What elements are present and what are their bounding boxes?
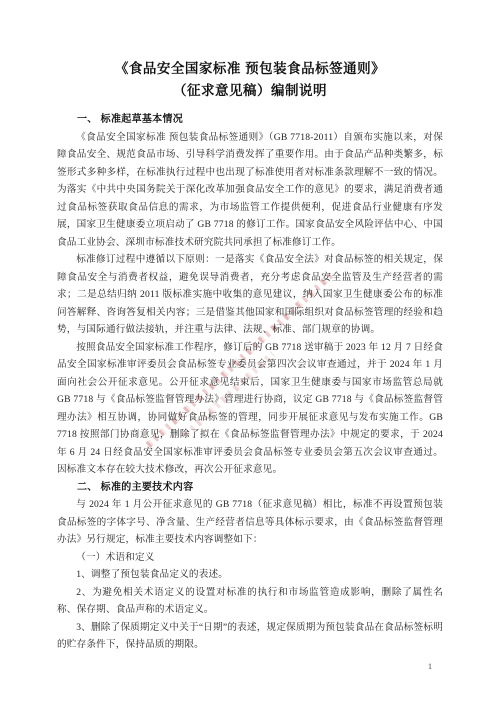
doc-title: 《食品安全国家标准 预包装食品标签通则》 （征求意见稿）编制说明 [57,58,443,102]
paragraph: 与 2024 年 1 月公开征求意见的 GB 7718（征求意见稿）相比，标准不… [57,496,443,549]
paragraph: 标准修订过程中遵循以下原则：一是落实《食品安全法》对食品标签的相关规定，保障食品… [57,251,443,339]
paragraph: 《食品安全国家标准 预包装食品标签通则》（GB 7718-2011）自颁布实施以… [57,129,443,252]
paragraph: 1、调整了预包装食品定义的表述。 [57,566,443,584]
paragraph: （一）术语和定义 [57,549,443,567]
paragraph: 按照食品安全国家标准工作程序，修订后的 GB 7718 送审稿于 2023 年 … [57,339,443,479]
document-content: 《食品安全国家标准 预包装食品标签通则》 （征求意见稿）编制说明 一、 标准起草… [57,58,443,654]
paragraph: 3、删除了保质期定义中关于“日期”的表述，规定保质期为预包装食品在食品标签标明的… [57,619,443,654]
section-2-heading: 二、 标准的主要技术内容 [57,479,443,497]
page-number: 1 [428,662,432,671]
document-page: 《食品安全国家标准 预包装食品标签通则》 （征求意见稿）编制说明 一、 标准起草… [0,0,500,707]
paragraph: 2、为避免相关术语定义的设置对标准的执行和市场监管造成影响，删除了属性名称、保存… [57,584,443,619]
doc-title-line1: 《食品安全国家标准 预包装食品标签通则》 [57,58,443,80]
doc-title-line2: （征求意见稿）编制说明 [57,80,443,102]
document-body: 一、 标准起草基本情况 《食品安全国家标准 预包装食品标签通则》（GB 7718… [57,111,443,654]
section-1-heading: 一、 标准起草基本情况 [57,111,443,129]
